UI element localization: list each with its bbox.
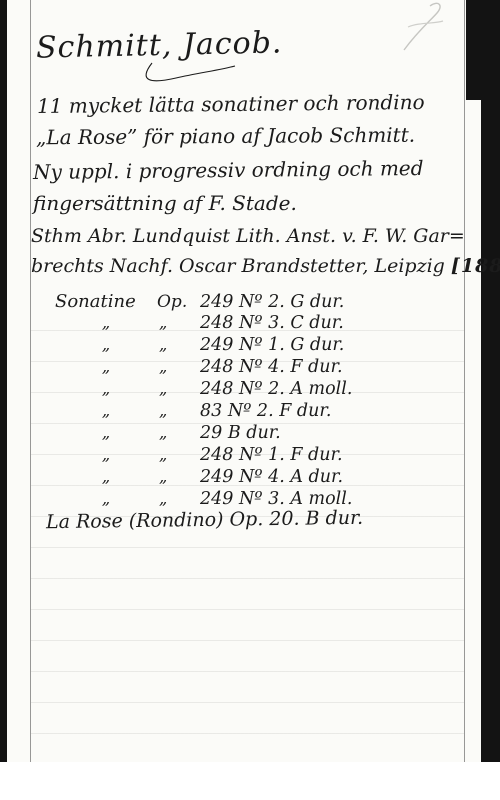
work-entry: 248 Nº 2. A moll. bbox=[200, 379, 352, 399]
work-entry: 248 Nº 3. C dur. bbox=[200, 313, 344, 333]
ditto-mark: „ bbox=[55, 423, 157, 442]
ditto-mark: „ bbox=[55, 467, 157, 486]
work-entry: 248 Nº 1. F dur. bbox=[200, 445, 343, 465]
work-entry: 248 Nº 4. F dur. bbox=[200, 357, 343, 377]
work-row: „ „ 248 Nº 4. F dur. bbox=[55, 357, 352, 379]
ditto-mark: „ bbox=[157, 335, 200, 354]
imprint-year: [1884] bbox=[451, 255, 500, 277]
ditto-mark: „ bbox=[157, 379, 200, 398]
work-row: „ „ 248 Nº 3. C dur. bbox=[55, 313, 352, 335]
ditto-mark: „ bbox=[55, 445, 157, 464]
work-row: „ „ 29 B dur. bbox=[55, 423, 352, 445]
ditto-mark: „ bbox=[55, 379, 157, 398]
work-entry: 29 B dur. bbox=[200, 423, 281, 443]
imprint-line-2: brechts Nachf. Oscar Brandstetter, Leipz… bbox=[31, 255, 500, 277]
work-entry: 249 Nº 2. G dur. bbox=[200, 292, 344, 312]
description-line-2: „La Rose” för piano af Jacob Schmitt. bbox=[36, 123, 415, 150]
scan-edge-right bbox=[481, 0, 500, 762]
work-row: „ „ 249 Nº 1. G dur. bbox=[55, 335, 352, 357]
right-margin-rule bbox=[464, 0, 465, 762]
signature-flourish bbox=[80, 55, 250, 85]
ditto-mark: „ bbox=[157, 489, 200, 508]
work-entry: 249 Nº 3. A moll. bbox=[200, 489, 352, 509]
ditto-mark: „ bbox=[157, 357, 200, 376]
scan-edge-left bbox=[0, 0, 7, 762]
imprint-line-1: Sthm Abr. Lundquist Lith. Anst. v. F. W.… bbox=[31, 225, 465, 247]
work-row: „ „ 248 Nº 1. F dur. bbox=[55, 445, 352, 467]
ditto-mark: „ bbox=[157, 423, 200, 442]
ditto-mark: „ bbox=[157, 313, 200, 332]
description-line-1: 11 mycket lätta sonatiner och rondino bbox=[37, 90, 425, 118]
edition-note-line-1: Ny uppl. i progressiv ordning och med bbox=[33, 156, 424, 184]
work-entry: 249 Nº 1. G dur. bbox=[200, 335, 344, 355]
ditto-mark: „ bbox=[157, 401, 200, 420]
la-rose-rondino-line: La Rose (Rondino) Op. 20. B dur. bbox=[46, 507, 363, 533]
work-row: „ „ 249 Nº 4. A dur. bbox=[55, 467, 352, 489]
pencil-mark-icon bbox=[388, 0, 450, 62]
edition-note-line-2: fingersättning af F. Stade. bbox=[33, 191, 297, 215]
work-entry: 83 Nº 2. F dur. bbox=[200, 401, 331, 421]
work-row: Sonatine Op. 249 Nº 2. G dur. bbox=[55, 291, 352, 313]
work-row: „ „ 248 Nº 2. A moll. bbox=[55, 379, 352, 401]
work-entry: 249 Nº 4. A dur. bbox=[200, 467, 343, 487]
ditto-mark: „ bbox=[55, 313, 157, 332]
works-list: Sonatine Op. 249 Nº 2. G dur. „ „ 248 Nº… bbox=[55, 291, 352, 511]
work-opus-label: Op. bbox=[157, 292, 200, 312]
scanned-catalog-card: Schmitt, Jacob. 11 mycket lätta sonatine… bbox=[0, 0, 500, 800]
ditto-mark: „ bbox=[157, 445, 200, 464]
ditto-mark: „ bbox=[55, 489, 157, 508]
work-title: Sonatine bbox=[55, 291, 157, 312]
imprint-publisher: brechts Nachf. Oscar Brandstetter, Leipz… bbox=[31, 255, 445, 277]
ditto-mark: „ bbox=[157, 467, 200, 486]
ditto-mark: „ bbox=[55, 335, 157, 354]
ditto-mark: „ bbox=[55, 401, 157, 420]
work-row: „ „ 83 Nº 2. F dur. bbox=[55, 401, 352, 423]
ditto-mark: „ bbox=[55, 357, 157, 376]
